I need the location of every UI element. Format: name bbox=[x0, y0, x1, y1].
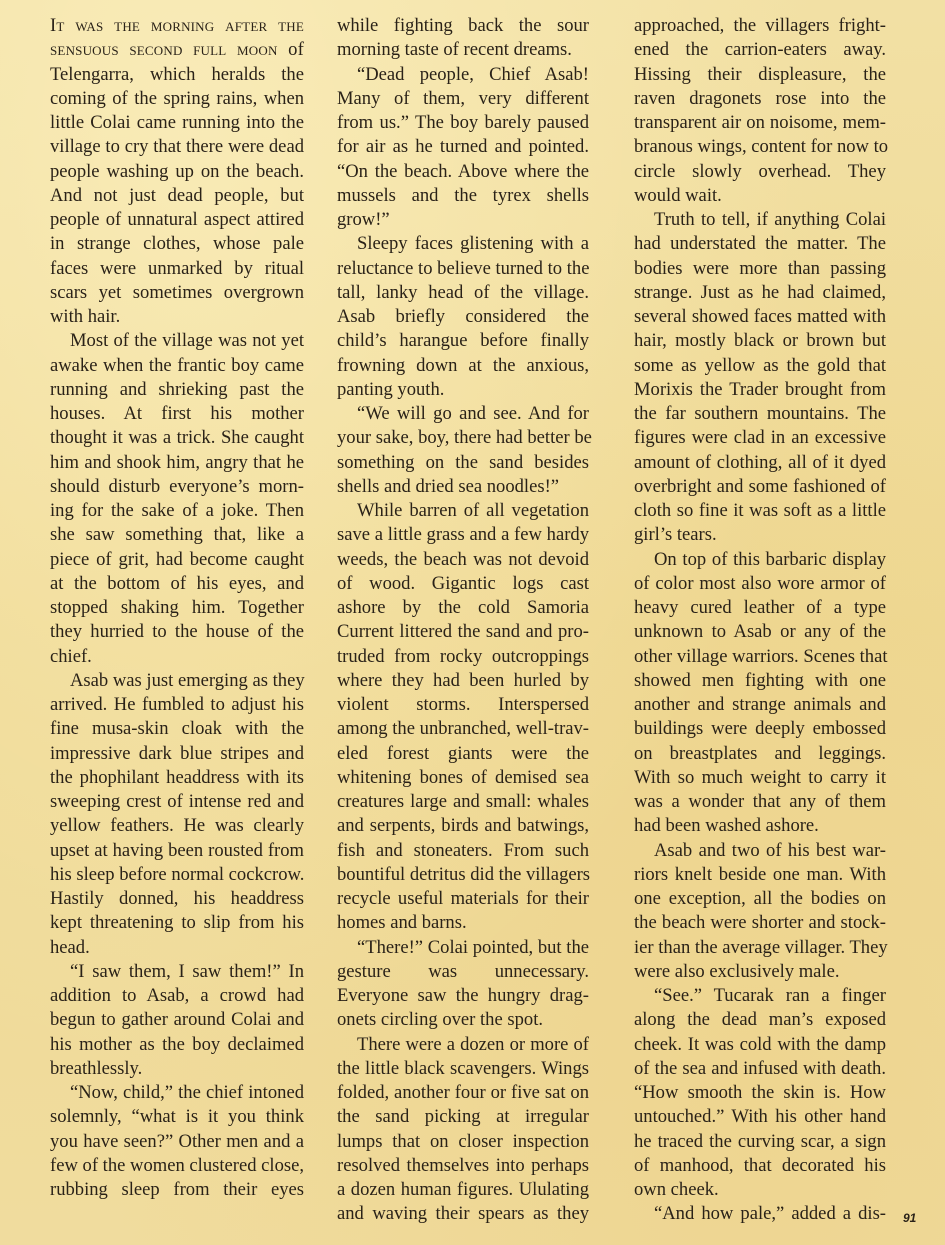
text-line: Many of them, very different bbox=[337, 87, 589, 111]
text-line: had been washed ashore. bbox=[634, 814, 886, 838]
text-line: ashore by the cold Samoria bbox=[337, 596, 589, 620]
text-line: violent storms. Interspersed bbox=[337, 693, 589, 717]
text-line: upset at having been rousted from bbox=[50, 839, 304, 863]
text-line: from us.” The boy barely paused bbox=[337, 111, 589, 135]
text-line: rubbing sleep from their eyes bbox=[50, 1178, 304, 1202]
text-line: scars yet sometimes overgrown bbox=[50, 281, 304, 305]
text-line: piece of grit, had become caught bbox=[50, 548, 304, 572]
text-line: of the sea and infused with death. bbox=[634, 1057, 886, 1081]
text-line: other village warriors. Scenes that bbox=[634, 645, 886, 669]
text-line: while fighting back the sour bbox=[337, 14, 589, 38]
text-line: overbright and some fashioned of bbox=[634, 475, 886, 499]
text-line: chief. bbox=[50, 645, 304, 669]
text-line: should disturb everyone’s morn- bbox=[50, 475, 304, 499]
text-line: people of unnatural aspect attired bbox=[50, 208, 304, 232]
text-line: the sand picking at irregular bbox=[337, 1105, 589, 1129]
text-line: lumps that on closer inspection bbox=[337, 1130, 589, 1154]
text-line: kept threatening to slip from his bbox=[50, 911, 304, 935]
text-line: of wood. Gigantic logs cast bbox=[337, 572, 589, 596]
text-line: yellow feathers. He was clearly bbox=[50, 814, 304, 838]
text-line: of color most also wore armor of bbox=[634, 572, 886, 596]
text-line: bodies were more than passing bbox=[634, 257, 886, 281]
text-line: the phophilant headdress with its bbox=[50, 766, 304, 790]
text-line: were also exclusively male. bbox=[634, 960, 886, 984]
text-line: begun to gather around Colai and bbox=[50, 1008, 304, 1032]
text-line: reluctance to believe turned to the bbox=[337, 257, 589, 281]
text-line: Everyone saw the hungry drag- bbox=[337, 984, 589, 1008]
text-line: they hurried to the house of the bbox=[50, 620, 304, 644]
text-line: unknown to Asab or any of the bbox=[634, 620, 886, 644]
text-line: gesture was unnecessary. bbox=[337, 960, 589, 984]
text-line: and waving their spears as they bbox=[337, 1202, 589, 1226]
text-line: at the bottom of his eyes, and bbox=[50, 572, 304, 596]
text-line: impressive dark blue stripes and bbox=[50, 742, 304, 766]
text-line: on breastplates and leggings. bbox=[634, 742, 886, 766]
text-line: some as yellow as the gold that bbox=[634, 354, 886, 378]
text-line: ing for the sake of a joke. Then bbox=[50, 499, 304, 523]
text-line: branous wings, content for now to bbox=[634, 135, 886, 159]
text-line: one exception, all the bodies on bbox=[634, 887, 886, 911]
text-line: Asab was just emerging as they bbox=[50, 669, 304, 693]
text-line: shells and dried sea noodles!” bbox=[337, 475, 589, 499]
text-line: heavy cured leather of a type bbox=[634, 596, 886, 620]
text-line: “On the beach. Above where the bbox=[337, 160, 589, 184]
text-line: While barren of all vegetation bbox=[337, 499, 589, 523]
text-line: Telengarra, which heralds the bbox=[50, 63, 304, 87]
text-line: thought it was a trick. She caught bbox=[50, 426, 304, 450]
text-line: Hastily donned, his headdress bbox=[50, 887, 304, 911]
text-line: folded, another four or five sat on bbox=[337, 1081, 589, 1105]
text-line: “Now, child,” the chief intoned bbox=[50, 1081, 304, 1105]
text-line: onets circling over the spot. bbox=[337, 1008, 589, 1032]
text-line: save a little grass and a few hardy bbox=[337, 523, 589, 547]
text-column-left: It was the morning after thesensuous sec… bbox=[50, 14, 304, 1202]
text-line: child’s harangue before finally bbox=[337, 329, 589, 353]
text-line: bountiful detritus did the villagers bbox=[337, 863, 589, 887]
text-line: the beach were shorter and stock- bbox=[634, 911, 886, 935]
text-line: “Dead people, Chief Asab! bbox=[337, 63, 589, 87]
book-page: It was the morning after thesensuous sec… bbox=[0, 0, 945, 1245]
text-column-right: approached, the villagers fright-ened th… bbox=[634, 14, 886, 1227]
text-line: among the unbranched, well-trav- bbox=[337, 717, 589, 741]
text-line: It was the morning after the bbox=[50, 14, 304, 38]
text-line: Morixis the Trader brought from bbox=[634, 378, 886, 402]
text-line: weeds, the beach was not devoid bbox=[337, 548, 589, 572]
text-line: was a wonder that any of them bbox=[634, 790, 886, 814]
text-line: girl’s tears. bbox=[634, 523, 886, 547]
text-line: riors knelt beside one man. With bbox=[634, 863, 886, 887]
text-line: village to cry that there were dead bbox=[50, 135, 304, 159]
text-line: addition to Asab, a crowd had bbox=[50, 984, 304, 1008]
text-line: he traced the curving scar, a sign bbox=[634, 1130, 886, 1154]
text-line: something on the sand besides bbox=[337, 451, 589, 475]
text-line: his sleep before normal cockcrow. bbox=[50, 863, 304, 887]
text-line: Current littered the sand and pro- bbox=[337, 620, 589, 644]
text-line: several showed faces matted with bbox=[634, 305, 886, 329]
text-line: Asab briefly considered the bbox=[337, 305, 589, 329]
text-line: solemnly, “what is it you think bbox=[50, 1105, 304, 1129]
text-line: circle slowly overhead. They bbox=[634, 160, 886, 184]
text-line: another and strange animals and bbox=[634, 693, 886, 717]
text-line: sweeping crest of intense red and bbox=[50, 790, 304, 814]
text-line: panting youth. bbox=[337, 378, 589, 402]
text-line: Hissing their displeasure, the bbox=[634, 63, 886, 87]
text-line: fine musa-skin cloak with the bbox=[50, 717, 304, 741]
text-line: transparent air on noisome, mem- bbox=[634, 111, 886, 135]
text-line: coming of the spring rains, when bbox=[50, 87, 304, 111]
text-line: Sleepy faces glistening with a bbox=[337, 232, 589, 256]
text-column-middle: while fighting back the sourmorning tast… bbox=[337, 14, 589, 1227]
text-line: people washing up on the beach. bbox=[50, 160, 304, 184]
text-line: fish and stoneaters. From such bbox=[337, 839, 589, 863]
text-line: with hair. bbox=[50, 305, 304, 329]
page-number: 91 bbox=[903, 1211, 916, 1225]
text-line: tall, lanky head of the village. bbox=[337, 281, 589, 305]
text-line: On top of this barbaric display bbox=[634, 548, 886, 572]
text-line: breathlessly. bbox=[50, 1057, 304, 1081]
text-line: she saw something that, like a bbox=[50, 523, 304, 547]
text-line: mussels and the tyrex shells bbox=[337, 184, 589, 208]
text-line: “We will go and see. And for bbox=[337, 402, 589, 426]
text-line: showed men fighting with one bbox=[634, 669, 886, 693]
text-line: amount of clothing, all of it dyed bbox=[634, 451, 886, 475]
text-line: resolved themselves into perhaps bbox=[337, 1154, 589, 1178]
text-line: and serpents, birds and batwings, bbox=[337, 814, 589, 838]
text-line: Asab and two of his best war- bbox=[634, 839, 886, 863]
text-line: Most of the village was not yet bbox=[50, 329, 304, 353]
text-line: grow!” bbox=[337, 208, 589, 232]
text-line: a dozen human figures. Ululating bbox=[337, 1178, 589, 1202]
text-line: “There!” Colai pointed, but the bbox=[337, 936, 589, 960]
text-line: “And how pale,” added a dis- bbox=[634, 1202, 886, 1226]
text-line: With so much weight to carry it bbox=[634, 766, 886, 790]
text-line: the far southern mountains. The bbox=[634, 402, 886, 426]
text-line: figures were clad in an excessive bbox=[634, 426, 886, 450]
text-line: own cheek. bbox=[634, 1178, 886, 1202]
text-line: creatures large and small: whales bbox=[337, 790, 589, 814]
text-line: ier than the average villager. They bbox=[634, 936, 886, 960]
text-line: faces were unmarked by ritual bbox=[50, 257, 304, 281]
text-line: cloth so fine it was soft as a little bbox=[634, 499, 886, 523]
text-line: little Colai came running into the bbox=[50, 111, 304, 135]
text-line: of manhood, that decorated his bbox=[634, 1154, 886, 1178]
text-line: buildings were deeply embossed bbox=[634, 717, 886, 741]
text-line: running and shrieking past the bbox=[50, 378, 304, 402]
text-line: hair, mostly black or brown but bbox=[634, 329, 886, 353]
text-line: And not just dead people, but bbox=[50, 184, 304, 208]
text-line: where they had been hurled by bbox=[337, 669, 589, 693]
text-line: ened the carrion-eaters away. bbox=[634, 38, 886, 62]
text-line: homes and barns. bbox=[337, 911, 589, 935]
text-line: arrived. He fumbled to adjust his bbox=[50, 693, 304, 717]
text-line: you have seen?” Other men and a bbox=[50, 1130, 304, 1154]
text-line: whitening bones of demised sea bbox=[337, 766, 589, 790]
text-line: along the dead man’s exposed bbox=[634, 1008, 886, 1032]
text-line: approached, the villagers fright- bbox=[634, 14, 886, 38]
text-line: eled forest giants were the bbox=[337, 742, 589, 766]
text-line: stopped shaking him. Together bbox=[50, 596, 304, 620]
text-line: “See.” Tucarak ran a finger bbox=[634, 984, 886, 1008]
text-line: untouched.” With his other hand bbox=[634, 1105, 886, 1129]
text-line: his mother as the boy declaimed bbox=[50, 1033, 304, 1057]
text-line: truded from rocky outcroppings bbox=[337, 645, 589, 669]
text-line: few of the women clustered close, bbox=[50, 1154, 304, 1178]
text-line: frowning down at the anxious, bbox=[337, 354, 589, 378]
text-line: in strange clothes, whose pale bbox=[50, 232, 304, 256]
text-line: your sake, boy, there had better be bbox=[337, 426, 589, 450]
text-line: houses. At first his mother bbox=[50, 402, 304, 426]
text-line: “How smooth the skin is. How bbox=[634, 1081, 886, 1105]
text-line: raven dragonets rose into the bbox=[634, 87, 886, 111]
text-line: head. bbox=[50, 936, 304, 960]
text-line: “I saw them, I saw them!” In bbox=[50, 960, 304, 984]
text-line: recycle useful materials for their bbox=[337, 887, 589, 911]
text-line: sensuous second full moon of bbox=[50, 38, 304, 62]
text-line: There were a dozen or more of bbox=[337, 1033, 589, 1057]
text-line: him and shook him, angry that he bbox=[50, 451, 304, 475]
text-line: had understated the matter. The bbox=[634, 232, 886, 256]
text-line: cheek. It was cold with the damp bbox=[634, 1033, 886, 1057]
text-line: would wait. bbox=[634, 184, 886, 208]
text-line: Truth to tell, if anything Colai bbox=[634, 208, 886, 232]
text-line: the little black scavengers. Wings bbox=[337, 1057, 589, 1081]
text-line: for air as he turned and pointed. bbox=[337, 135, 589, 159]
text-line: awake when the frantic boy came bbox=[50, 354, 304, 378]
text-line: morning taste of recent dreams. bbox=[337, 38, 589, 62]
text-line: strange. Just as he had claimed, bbox=[634, 281, 886, 305]
